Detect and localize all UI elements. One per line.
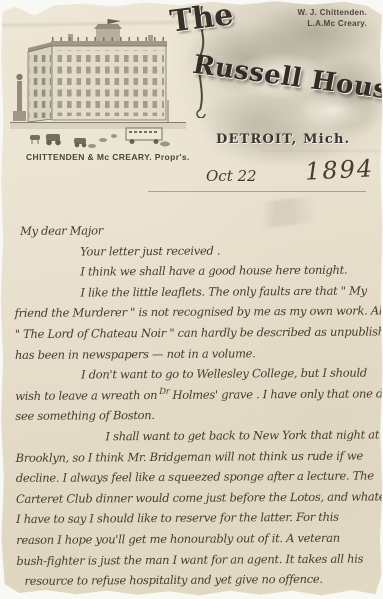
letter-salutation: My dear Major — [20, 218, 378, 241]
edge-smudge — [20, 3, 52, 6]
handwritten-year: 1894 — [304, 154, 374, 186]
letter-line: Carteret Club dinner would come just bef… — [16, 486, 380, 509]
proprietor-name-1: W. J. Chittenden. — [297, 7, 367, 18]
letter-line: Your letter just received . — [80, 239, 378, 262]
building-caption: CHITTENDEN & Mc CREARY. Propr's. — [26, 152, 190, 162]
letter-line: Brooklyn, so I think Mr. Bridgeman will … — [16, 445, 380, 468]
letter-line: I don't want to go to Wellesley College,… — [81, 363, 379, 386]
date-rule-line — [148, 191, 366, 192]
building-engraving — [8, 18, 188, 154]
letter-line: resource to refuse hospitality and yet g… — [24, 569, 380, 592]
letter-line: has been in newspapers — not in a volume… — [15, 342, 379, 365]
letter-line: bush-fighter is just the man I want for … — [16, 548, 380, 571]
proprietor-name-2: L.A.Mc Creary. — [297, 18, 367, 29]
letter-line: friend the Murderer " is not recognised … — [15, 301, 379, 324]
letter-paper: W. J. Chittenden. L.A.Mc Creary. The Rus… — [0, 0, 383, 599]
letter-line: decline. I always feel like a squeezed s… — [16, 466, 380, 489]
letter-line: I have to say I should like to reserve f… — [16, 507, 380, 530]
hotel-location: DETROIT, Mich. — [216, 132, 350, 147]
letter-line: I think we shall have a good house here … — [80, 260, 378, 283]
letter-line: I like the little leaflets. The only fau… — [80, 280, 378, 303]
letter-line: I shall want to get back to New York tha… — [105, 424, 379, 447]
handwritten-date: Oct 22 — [206, 167, 257, 185]
letter-line: " The Lord of Chateau Noir " can hardly … — [15, 321, 379, 344]
letter-line: reason I hope you'll get me honourably o… — [16, 527, 380, 550]
scanned-letter: W. J. Chittenden. L.A.Mc Creary. The Rus… — [0, 0, 383, 599]
letter-line-with-insertion: wish to leave a wreath onDrHolmes' grave… — [15, 383, 379, 406]
letter-line-pre: wish to leave a wreath on — [15, 388, 157, 403]
letter-body: My dear Major Your letter just received … — [12, 218, 381, 591]
proprietor-names: W. J. Chittenden. L.A.Mc Creary. — [297, 7, 367, 29]
inserted-word: Dr — [159, 387, 169, 397]
letter-line: see something of Boston. — [15, 404, 379, 427]
letter-line-post: Holmes' grave . I have only that one day… — [172, 386, 383, 402]
